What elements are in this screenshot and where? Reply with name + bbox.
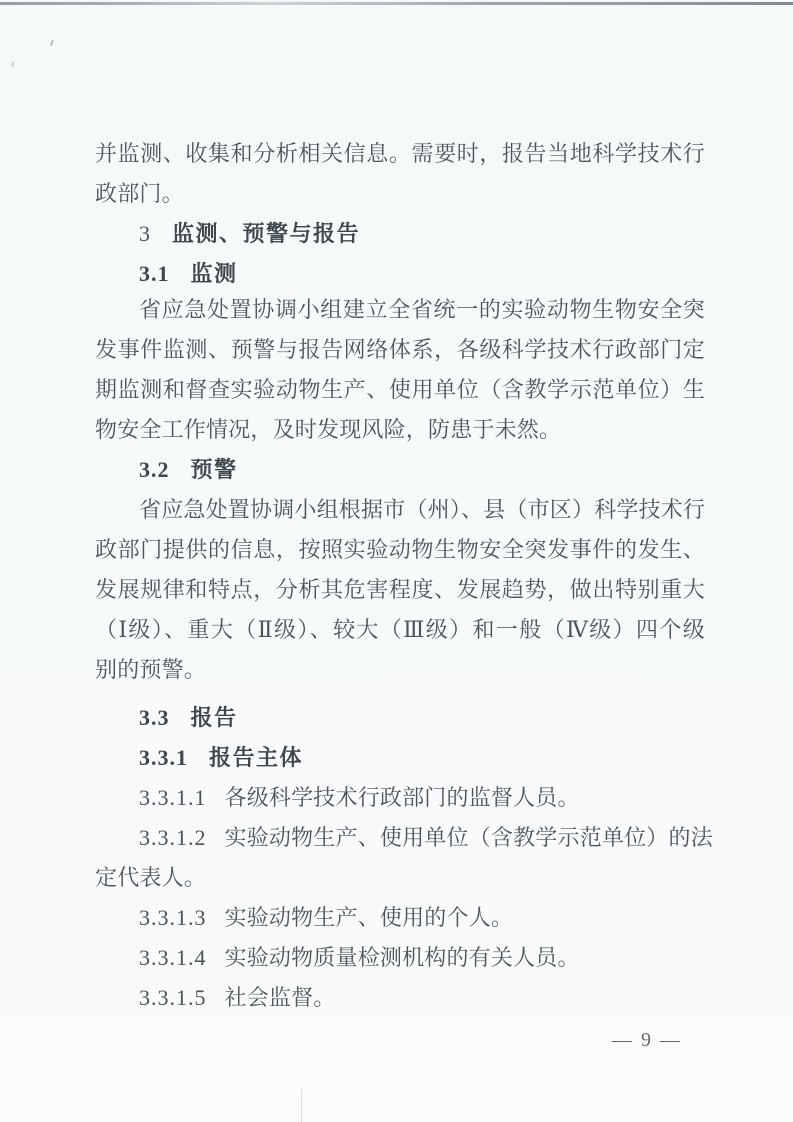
heading-label: 报告 [191,705,238,730]
text-line: （Ⅰ级）、重大（Ⅱ级）、较大（Ⅲ级）和一般（Ⅳ级）四个级 [95,610,705,650]
line-text: 省应急处置协调小组建立全省统一的实验动物生物安全突 [139,297,705,322]
item-number: 3.3.1.5 [139,985,207,1010]
line-text: 并监测、收集和分析相关信息。需要时，报告当地科学技术行 [95,141,705,166]
heading-label: 监测 [191,261,238,286]
section-heading-3-3: 3.3报告 [95,698,705,738]
paragraph: 并监测、收集和分析相关信息。需要时，报告当地科学技术行政部门。 [95,134,705,214]
text-line: 发事件监测、预警与报告网络体系，各级科学技术行政部门定 [95,330,705,370]
heading-number: 3 [139,221,151,246]
section-heading-3-1: 3.1监测 [95,254,705,294]
list-item-3-3-1-2: 3.3.1.2实验动物生产、使用单位（含教学示范单位）的法定代表人。 [95,818,705,898]
item-number: 3.3.1.2 [139,825,207,850]
text-line: 并监测、收集和分析相关信息。需要时，报告当地科学技术行 [95,134,705,174]
heading-line: 3.3报告 [95,698,705,738]
paragraph: 省应急处置协调小组根据市（州）、县（市区）科学技术行政部门提供的信息，按照实验动… [95,490,705,690]
heading-label: 预警 [191,457,238,482]
heading-line: 3.1监测 [95,254,705,294]
text-line: 3.3.1.4实验动物质量检测机构的有关人员。 [95,938,705,978]
list-item-3-3-1-3: 3.3.1.3实验动物生产、使用的个人。 [95,898,705,938]
section-heading-3: 3监测、预警与报告 [95,214,705,254]
text-line: 省应急处置协调小组根据市（州）、县（市区）科学技术行 [95,490,705,530]
text-line: 政部门提供的信息，按照实验动物生物安全突发事件的发生、 [95,530,705,570]
page-number: — 9 — [612,1028,682,1052]
list-item-3-3-1-4: 3.3.1.4实验动物质量检测机构的有关人员。 [95,938,705,978]
scan-artifact [48,39,54,47]
line-text: 别的预警。 [95,657,206,682]
scan-artifact [9,61,14,68]
scan-artifact [301,1089,302,1122]
item-number: 3.3.1.4 [139,945,207,970]
line-text: 社会监督。 [225,985,336,1010]
heading-number: 3.3 [139,705,170,730]
line-text: 发展规律和特点，分析其危害程度、发展趋势，做出特别重大 [95,577,705,602]
line-text: 期监测和督查实验动物生产、使用单位（含教学示范单位）生 [95,377,705,402]
text-line: 发展规律和特点，分析其危害程度、发展趋势，做出特别重大 [95,570,705,610]
text-line: 3.3.1.5社会监督。 [95,978,705,1018]
text-line: 定代表人。 [95,858,705,898]
scan-edge-line [0,2,793,5]
heading-number: 3.2 [139,457,170,482]
section-heading-3-3-1: 3.3.1报告主体 [95,738,705,778]
text-line: 别的预警。 [95,650,705,690]
line-text: 政部门提供的信息，按照实验动物生物安全突发事件的发生、 [95,537,705,562]
text-line: 3.3.1.2实验动物生产、使用单位（含教学示范单位）的法 [95,818,705,858]
heading-label: 监测、预警与报告 [172,221,360,246]
item-number: 3.3.1.3 [139,905,207,930]
text-line: 3.3.1.1各级科学技术行政部门的监督人员。 [95,778,705,818]
line-text: （Ⅰ级）、重大（Ⅱ级）、较大（Ⅲ级）和一般（Ⅳ级）四个级 [95,617,705,642]
line-text: 实验动物质量检测机构的有关人员。 [225,945,580,970]
heading-line: 3.2预警 [95,450,705,490]
line-text: 省应急处置协调小组根据市（州）、县（市区）科学技术行 [139,497,705,522]
paragraph: 省应急处置协调小组建立全省统一的实验动物生物安全突发事件监测、预警与报告网络体系… [95,290,705,450]
line-text: 政部门。 [95,181,184,206]
text-line: 省应急处置协调小组建立全省统一的实验动物生物安全突 [95,290,705,330]
heading-number: 3.3.1 [139,745,188,770]
line-text: 实验动物生产、使用的个人。 [225,905,514,930]
line-text: 物安全工作情况，及时发现风险，防患于未然。 [95,417,561,442]
text-line: 物安全工作情况，及时发现风险，防患于未然。 [95,410,705,450]
heading-line: 3监测、预警与报告 [95,214,705,254]
text-line: 期监测和督查实验动物生产、使用单位（含教学示范单位）生 [95,370,705,410]
text-line: 政部门。 [95,174,705,214]
item-number: 3.3.1.1 [139,785,207,810]
document-page: 并监测、收集和分析相关信息。需要时，报告当地科学技术行政部门。3监测、预警与报告… [0,0,793,1122]
list-item-3-3-1-1: 3.3.1.1各级科学技术行政部门的监督人员。 [95,778,705,818]
line-text: 各级科学技术行政部门的监督人员。 [225,785,580,810]
line-text: 定代表人。 [95,865,206,890]
text-line: 3.3.1.3实验动物生产、使用的个人。 [95,898,705,938]
heading-label: 报告主体 [209,745,303,770]
document-body: 并监测、收集和分析相关信息。需要时，报告当地科学技术行政部门。3监测、预警与报告… [95,134,705,1018]
line-text: 实验动物生产、使用单位（含教学示范单位）的法 [225,825,713,850]
list-item-3-3-1-5: 3.3.1.5社会监督。 [95,978,705,1018]
section-heading-3-2: 3.2预警 [95,450,705,490]
heading-number: 3.1 [139,261,170,286]
line-text: 发事件监测、预警与报告网络体系，各级科学技术行政部门定 [95,337,705,362]
heading-line: 3.3.1报告主体 [95,738,705,778]
